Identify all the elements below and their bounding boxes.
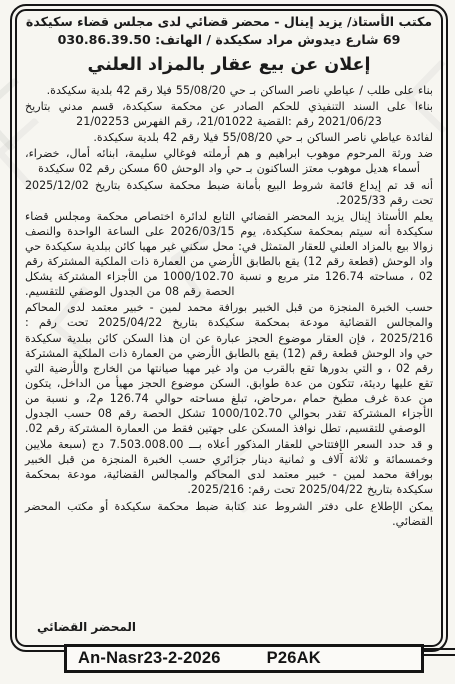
paragraph-defendants: ضد ورثة المرحوم موهوب ابراهيم و هم أرملت… — [25, 146, 433, 176]
bailiff-signature-label: المحضر القضائي — [37, 620, 136, 634]
bottom-rule-right-2 — [420, 654, 455, 656]
paragraph-opening-price: و قد حدد السعر الإفتتاحي للعقار المذكور … — [25, 437, 433, 497]
paragraph-request: بناء على طلب / عياطي ناصر الساكن بـ حي 5… — [25, 83, 433, 98]
newspaper-legal-notice-scan: { "doc": { "office_line": "مكتب الأستاذ/… — [0, 0, 455, 684]
notice-body: بناء على طلب / عياطي ناصر الساكن بـ حي 5… — [25, 83, 433, 529]
paragraph-beneficiary: لفائدة عياطي ناصر الساكن بـ حي 55/08/20 … — [25, 130, 433, 145]
office-header-line: مكتب الأستاذ/ يزيد إينال - محضر قضائي لد… — [25, 13, 433, 31]
paragraph-consultation: يمكن الإطلاع على دفتر الشروط عند كتابة ض… — [25, 499, 433, 529]
address-phone-line: 69 شارع ديدوش مراد سكيكدة / الهاتف: 030.… — [25, 31, 433, 49]
publication-date: 23-2-2026 — [144, 649, 221, 667]
notice-title: إعلان عن بيع عقار بالمزاد العلني — [25, 54, 433, 76]
newspaper-name: An-Nasr — [78, 649, 144, 667]
paragraph-deposit: أنه قد تم إيداع قائمة شروط البيع بأمانة … — [25, 178, 433, 208]
paragraph-expert-report: حسب الخبرة المنجزة من قبل الخبير بورافة … — [25, 300, 433, 436]
paragraph-executive-title: بناءا على السند التنفيذي للحكم الصادر عن… — [25, 99, 433, 129]
publication-name-date: An-Nasr23-2-2026 — [78, 649, 221, 668]
publication-stamp-box: An-Nasr23-2-2026 P26AK — [64, 644, 424, 673]
notice-content: مكتب الأستاذ/ يزيد إينال - محضر قضائي لد… — [25, 13, 433, 642]
page-code: P26AK — [267, 649, 321, 668]
bottom-rule-right-1 — [420, 648, 455, 650]
paragraph-auction-details: يعلم الأستاذ إينال يزيد المحضر القضائي ا… — [25, 209, 433, 300]
